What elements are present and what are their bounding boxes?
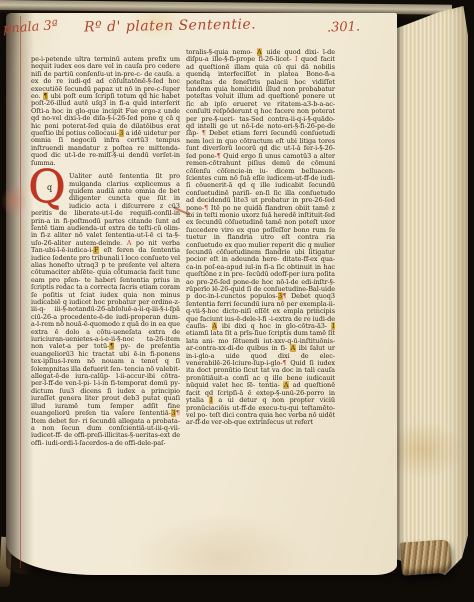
- paragraph: pe-i-petende ultra terminū autem prefix …: [31, 56, 180, 167]
- decorated-initial: Q q: [31, 173, 66, 203]
- red-margin-rule: [20, 16, 21, 568]
- manuscript-page: pnala 3ª Rº d' platen Sententie. .301. p…: [6, 13, 397, 575]
- running-header-title: Rº d' platen Sententie.: [84, 16, 256, 35]
- paragraph-text: Ualiter autē ſententia ſit pro mulganda …: [31, 172, 180, 447]
- paragraph: toralis-§-quia nemo- A uide quod dixi- ī…: [186, 49, 335, 427]
- initial-show-through-spot: [1, 185, 27, 217]
- paragraph-with-initial: Q q Ualiter autē ſententia ſit pro mulga…: [31, 173, 180, 447]
- guide-letter: q: [47, 184, 52, 191]
- fore-edge-page-stack: [392, 6, 468, 575]
- folio-number: .301.: [327, 19, 361, 35]
- text-column-left: pe-i-petende ultra terminū autem prefix …: [31, 56, 180, 506]
- book-photo: pnala 3ª Rº d' platen Sententie. .301. p…: [0, 0, 474, 602]
- running-header-left: pnala 3ª: [3, 18, 59, 37]
- text-column-right: toralis-§-quia nemo- A uide quod dixi- ī…: [186, 49, 335, 504]
- fore-edge-bottom-corner: [400, 539, 452, 575]
